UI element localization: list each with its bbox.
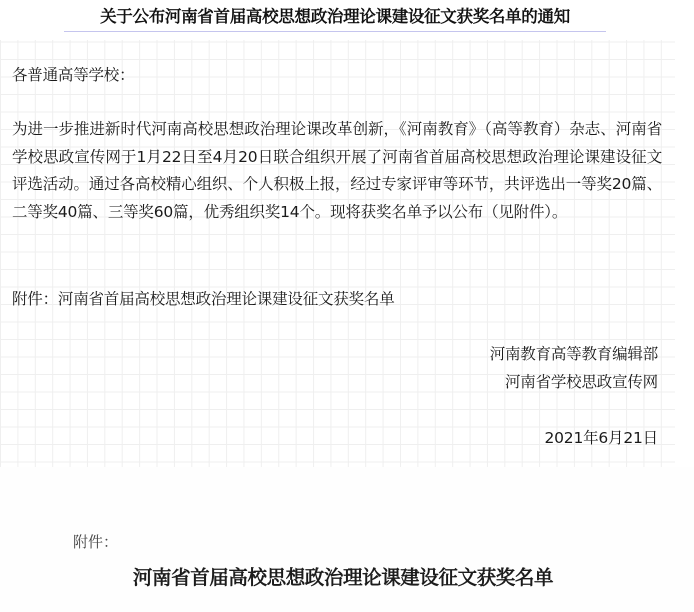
scanned-attachment-image: 附件： 河南省首届高校思想政治理论课建设征文获奖名单 [0,467,694,612]
signature-website: 河南省学校思政宣传网 [505,368,658,396]
notice-title: 关于公布河南省首届高校思想政治理论课建设征文获奖名单的通知 [64,4,606,30]
salutation: 各普通高等学校： [12,61,134,89]
scan-attachment-title: 河南省首届高校思想政治理论课建设征文获奖名单 [64,562,622,590]
notice-body-panel [0,40,675,467]
notice-date: 2021年6月21日 [544,424,658,452]
attachment-reference: 附件：河南省首届高校思想政治理论课建设征文获奖名单 [12,285,395,313]
scan-attachment-label: 附件： [73,531,118,552]
title-divider [64,31,606,32]
signature-editorial-dept: 河南教育高等教育编辑部 [490,340,658,368]
body-paragraph: 为进一步推进新时代河南高校思想政治理论课改革创新，《河南教育》（高等教育）杂志、… [12,116,662,226]
